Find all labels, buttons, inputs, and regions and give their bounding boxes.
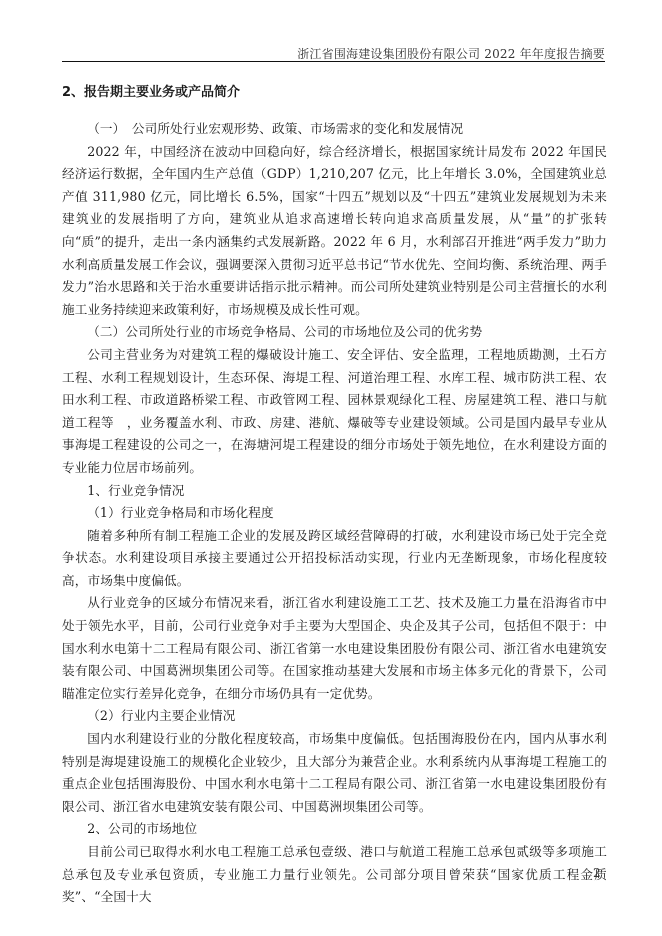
paragraph-major-enterprises: 国内水利建设行业的分散化程度较高，市场集中度偏低。包括围海股份在内，国内从事水利… — [62, 728, 607, 818]
paragraph-market-competition: 随着多种所有制工程施工企业的发展及跨区域经营障碍的打破，水利建设市场已处于完全竞… — [62, 525, 607, 593]
header-title: 浙江省围海建设集团股份有限公司 2022 年年度报告摘要 — [297, 45, 605, 62]
header-divider — [62, 61, 605, 62]
subheading-industry-competition: 1、行业竞争情况 — [62, 480, 607, 503]
subheading-market-position: 2、公司的市场地位 — [62, 818, 607, 841]
paragraph-regional-competition: 从行业竞争的区域分布情况来看，浙江省水利建设施工工艺、技术及施工力量在沿海省市中… — [62, 592, 607, 705]
section-title: 2、报告期主要业务或产品简介 — [62, 81, 240, 100]
document-body: （一） 公司所处行业宏观形势、政策、市场需求的变化和发展情况 2022 年，中国… — [62, 118, 607, 909]
paragraph-macro-economy: 2022 年，中国经济在波动中回稳向好，综合经济增长，根据国家统计局发布 202… — [62, 141, 607, 322]
subheading-macro-situation: （一） 公司所处行业宏观形势、政策、市场需求的变化和发展情况 — [62, 118, 607, 141]
subheading-competition-landscape: （二）公司所处行业的市场竞争格局、公司的市场地位及公司的优劣势 — [62, 321, 607, 344]
paragraph-market-position: 目前公司已取得水利水电工程施工总承包壹级、港口与航道工程施工总承包贰级等多项施工… — [62, 841, 607, 909]
paragraph-main-business: 公司主营业务为对建筑工程的爆破设计施工、安全评估、安全监理，工程地质勘测，土石方… — [62, 344, 607, 480]
subheading-major-enterprises: （2）行业内主要企业情况 — [62, 705, 607, 728]
page-number: 2 — [593, 866, 601, 880]
subheading-market-structure: （1）行业竞争格局和市场化程度 — [62, 502, 607, 525]
